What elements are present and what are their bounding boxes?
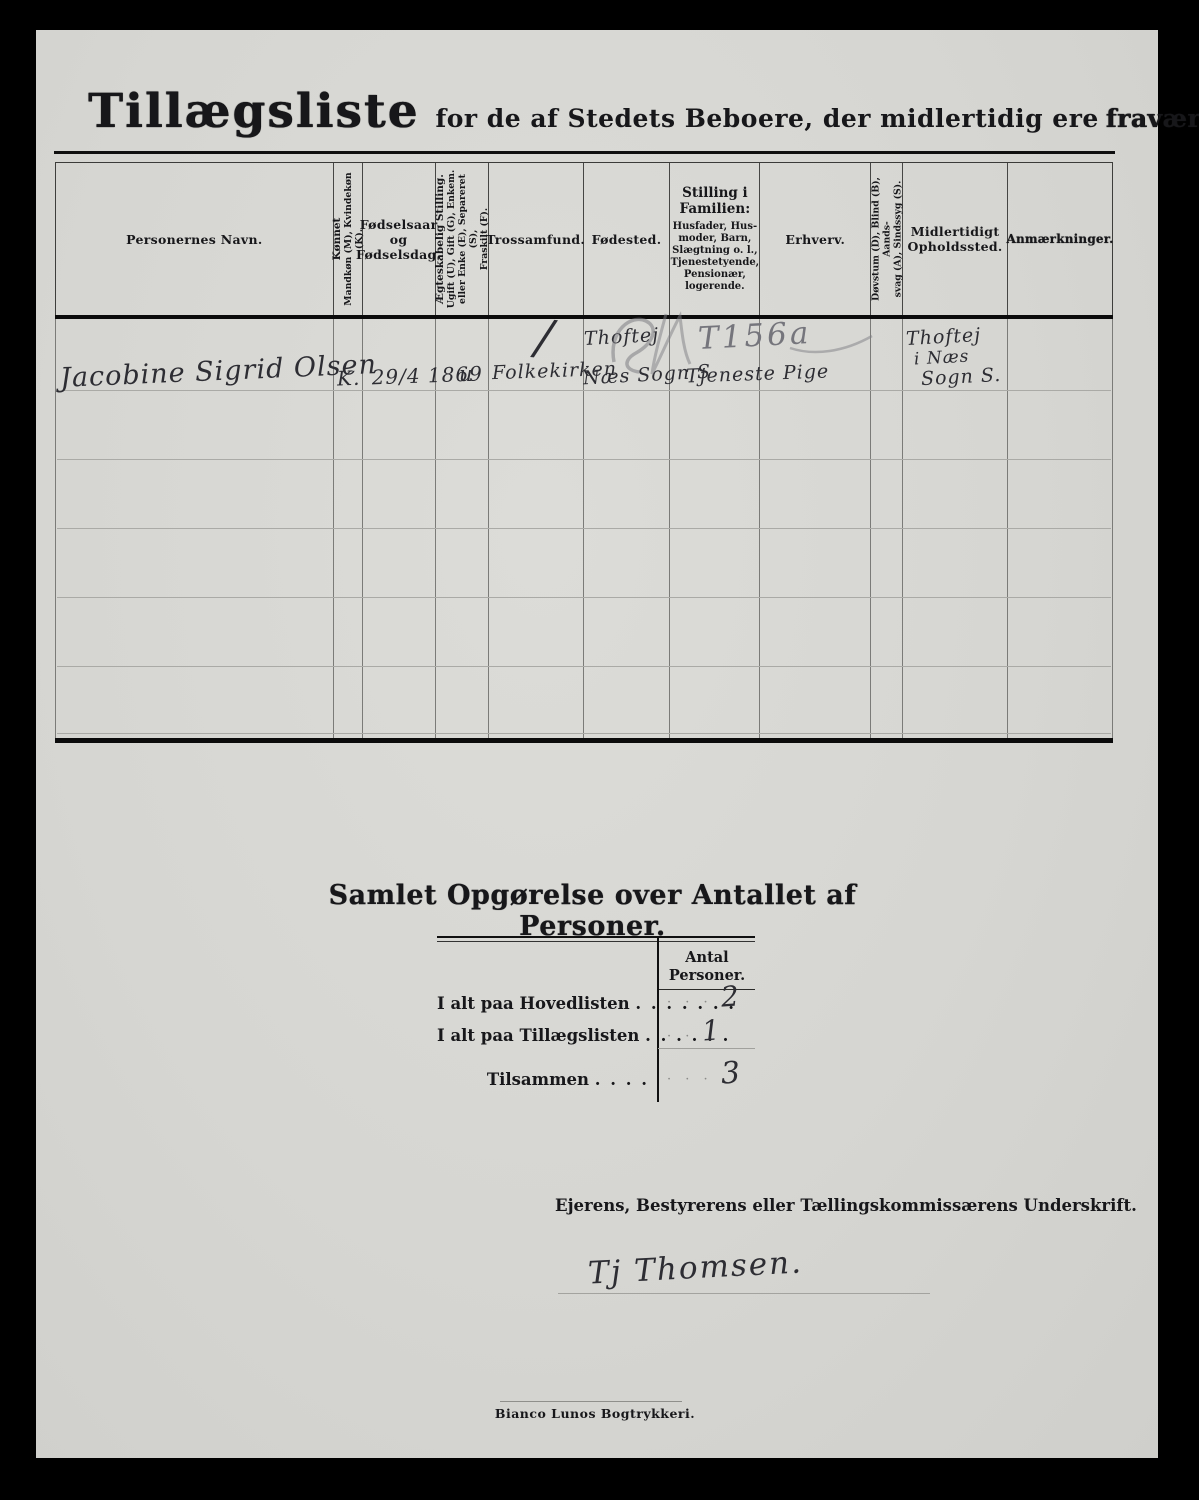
- page-title-row: Tillægsliste for de af Stedets Beboere, …: [88, 84, 1199, 139]
- summary-top-rule-thin: [437, 941, 755, 942]
- page-subtitle-bold: fraværende.: [1106, 104, 1199, 133]
- entry-stay-line3: Sogn S.: [920, 364, 1001, 390]
- summary-title: Samlet Opgørelse over Antallet af Person…: [300, 880, 885, 942]
- summary-table: Antal Personer. I alt paa Hovedlisten . …: [437, 936, 755, 1102]
- census-table: Personernes Navn. Kønnet Mandkøn (M), Kv…: [55, 160, 1113, 748]
- col-header-erhverv: Erhverv.: [760, 163, 871, 315]
- entry-marital-status: u: [459, 362, 474, 386]
- printer-imprint: Bianco Lunos Bogtrykkeri.: [440, 1406, 750, 1421]
- col-header-foedselsaar: Fødselsaar og Fødselsdag.: [363, 163, 436, 315]
- footer-line: [500, 1401, 682, 1402]
- summary-value-tilsammen: · · · 3: [667, 1056, 741, 1091]
- col-header-anmaerkninger: Anmærkninger.: [1008, 163, 1112, 315]
- col-header-foedested: Fødested.: [584, 163, 671, 315]
- summary-top-rule: [437, 936, 755, 938]
- entry-stay-line1: Thoftej: [905, 324, 981, 350]
- pencil-flourish: [786, 332, 876, 358]
- col-header-stilling-i-familien: Stilling i Familien: Husfader, Hus- mode…: [670, 163, 760, 315]
- summary-value-hovedlisten: · · · 2: [667, 980, 740, 1013]
- col-header-midlertidigt-opholdssted: Midlertidigt Opholdssted.: [903, 163, 1008, 315]
- ruled-line: [57, 528, 1111, 529]
- entry-sex: K.: [337, 366, 361, 391]
- signature-label: Ejerens, Bestyrerens eller Tællingskommi…: [555, 1196, 1137, 1215]
- page-subtitle: for de af Stedets Beboere, der midlertid…: [435, 104, 1098, 133]
- signature-line: [558, 1293, 930, 1294]
- title-rule: [54, 151, 1115, 154]
- col-header-personernes-navn: Personernes Navn.: [56, 163, 334, 315]
- table-bottom-rule: [55, 738, 1113, 743]
- table-header-row: Personernes Navn. Kønnet Mandkøn (M), Kv…: [55, 163, 1113, 315]
- page-title: Tillægsliste: [88, 84, 419, 139]
- col-header-koennet: Kønnet Mandkøn (M), Kvindekøn (K).: [334, 163, 363, 315]
- ruled-line: [57, 597, 1111, 598]
- summary-mid-line: [658, 1048, 755, 1049]
- ruled-line: [57, 733, 1111, 734]
- summary-row-tilsammen: Tilsammen . . . .: [437, 1070, 649, 1089]
- col-header-doevstum: Døvstum (D), Blind (B), Aands- svag (A),…: [871, 163, 903, 315]
- summary-value-tillaegslisten: · · 1: [667, 1014, 721, 1047]
- col-header-trossamfund: Trossamfund.: [489, 163, 584, 315]
- col-header-aegteskabelig-stilling: Ægteskabelig Stilling. Ugift (U), Gift (…: [436, 163, 489, 315]
- ruled-line: [57, 390, 1111, 391]
- ruled-line: [57, 459, 1111, 460]
- ruled-line: [57, 666, 1111, 667]
- summary-row-hovedlisten: I alt paa Hovedlisten . . . . . . .: [437, 994, 649, 1013]
- summary-row-tillaegslisten: I alt paa Tillægslisten . . . . . .: [437, 1026, 649, 1045]
